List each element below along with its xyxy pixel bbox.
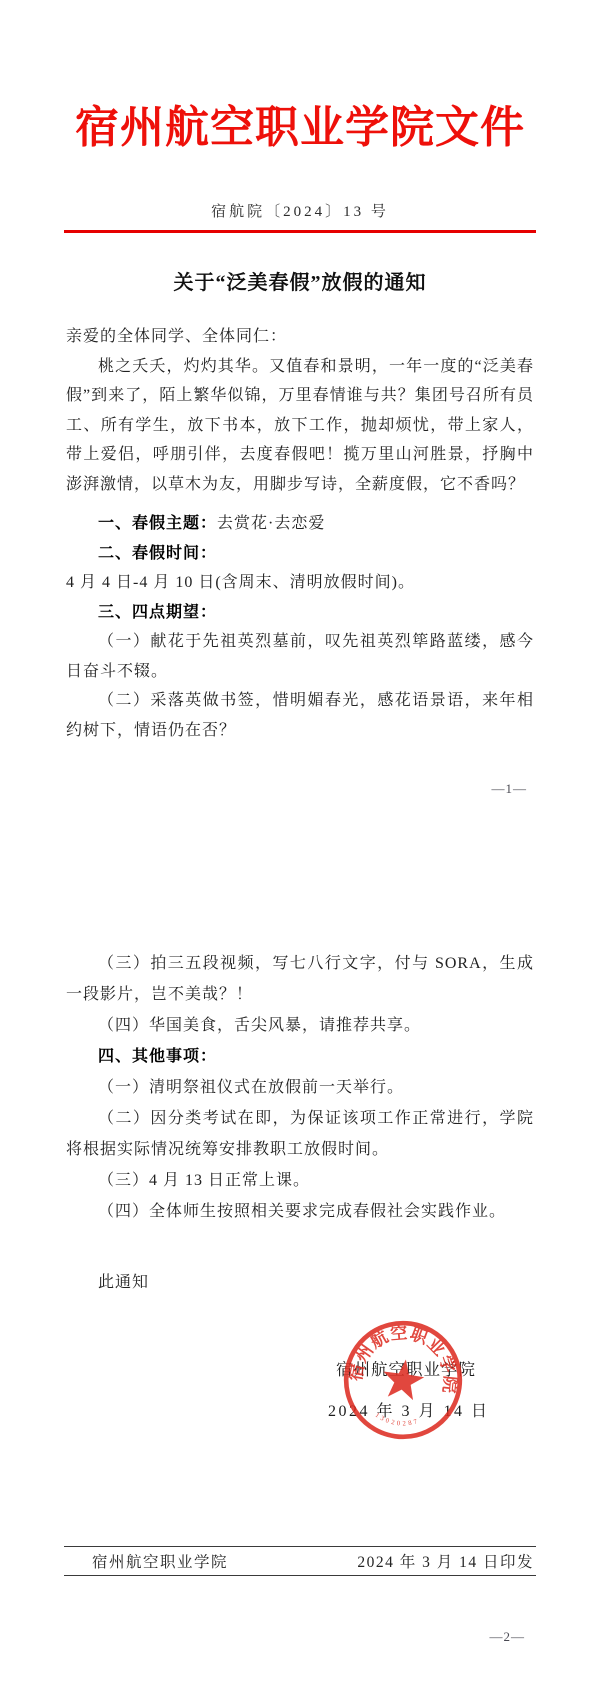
section1-heading: 一、春假主题：: [98, 515, 217, 532]
section1-text: 去赏花·去恋爱: [217, 515, 325, 532]
red-divider-rule: [64, 230, 536, 233]
document-sheet: 宿州航空职业学院文件 宿航院〔2024〕13 号 关于“泛美春假”放假的通知 亲…: [0, 0, 600, 1697]
section3-item2: （二）采落英做书签，惜明媚春光，感花语景语，来年相约树下，情语仍在否？: [66, 686, 534, 745]
official-seal-stamp: 宿州航空职业学院 13020287: [341, 1318, 465, 1442]
footer-issuer: 宿州航空职业学院: [64, 1550, 228, 1572]
page1-body: 亲爱的全体同学、全体同仁： 桃之夭夭，灼灼其华。又值春和景明，一年一度的“泛美春…: [66, 322, 534, 745]
section4-item3: （三）4 月 13 日正常上课。: [66, 1165, 534, 1196]
closing-line: 此通知: [66, 1267, 534, 1298]
doc-number: 宿航院〔2024〕13 号: [0, 200, 600, 221]
footer-issue-date: 2024 年 3 月 14 日印发: [357, 1550, 536, 1572]
page2-number: —2—: [490, 1629, 526, 1645]
section3-heading: 三、四点期望：: [66, 598, 534, 628]
section3-item1: （一）献花于先祖英烈墓前，叹先祖英烈筚路蓝缕，感今日奋斗不辍。: [66, 627, 534, 686]
section3-item4: （四）华国美食，舌尖风暴，请推荐共享。: [66, 1010, 534, 1041]
org-title: 宿州航空职业学院文件: [0, 103, 600, 154]
section4-item1: （一）清明祭祖仪式在放假前一天举行。: [66, 1072, 534, 1103]
page1-number: —1—: [492, 781, 528, 797]
section2-heading: 二、春假时间：: [66, 539, 534, 569]
section4-item4: （四）全体师生按照相关要求完成春假社会实践作业。: [66, 1196, 534, 1227]
footer-bar: 宿州航空职业学院 2024 年 3 月 14 日印发: [64, 1546, 536, 1576]
section2-text: 4 月 4 日-4 月 10 日(含周末、清明放假时间)。: [66, 568, 534, 598]
section1-line: 一、春假主题：去赏花·去恋爱: [66, 509, 534, 539]
spacer: [66, 1227, 534, 1267]
section4-heading: 四、其他事项：: [66, 1041, 534, 1072]
page2-body: （三）拍三五段视频，写七八行文字，付与 SORA，生成一段影片，岂不美哉？！ （…: [66, 948, 534, 1298]
signature-date: 2024 年 3 月 14 日: [328, 1398, 490, 1421]
notice-title: 关于“泛美春假”放假的通知: [0, 266, 600, 295]
seal-ring: [341, 1318, 465, 1442]
signature-org-name: 宿州航空职业学院: [336, 1356, 476, 1380]
section3-item3: （三）拍三五段视频，写七八行文字，付与 SORA，生成一段影片，岂不美哉？！: [66, 948, 534, 1010]
section4-item2: （二）因分类考试在即，为保证该项工作正常进行，学院将根据实际情况统筹安排教职工放…: [66, 1103, 534, 1165]
intro-paragraph: 桃之夭夭，灼灼其华。又值春和景明，一年一度的“泛美春假”到来了，陌上繁华似锦，万…: [66, 352, 534, 500]
salutation: 亲爱的全体同学、全体同仁：: [66, 322, 534, 352]
